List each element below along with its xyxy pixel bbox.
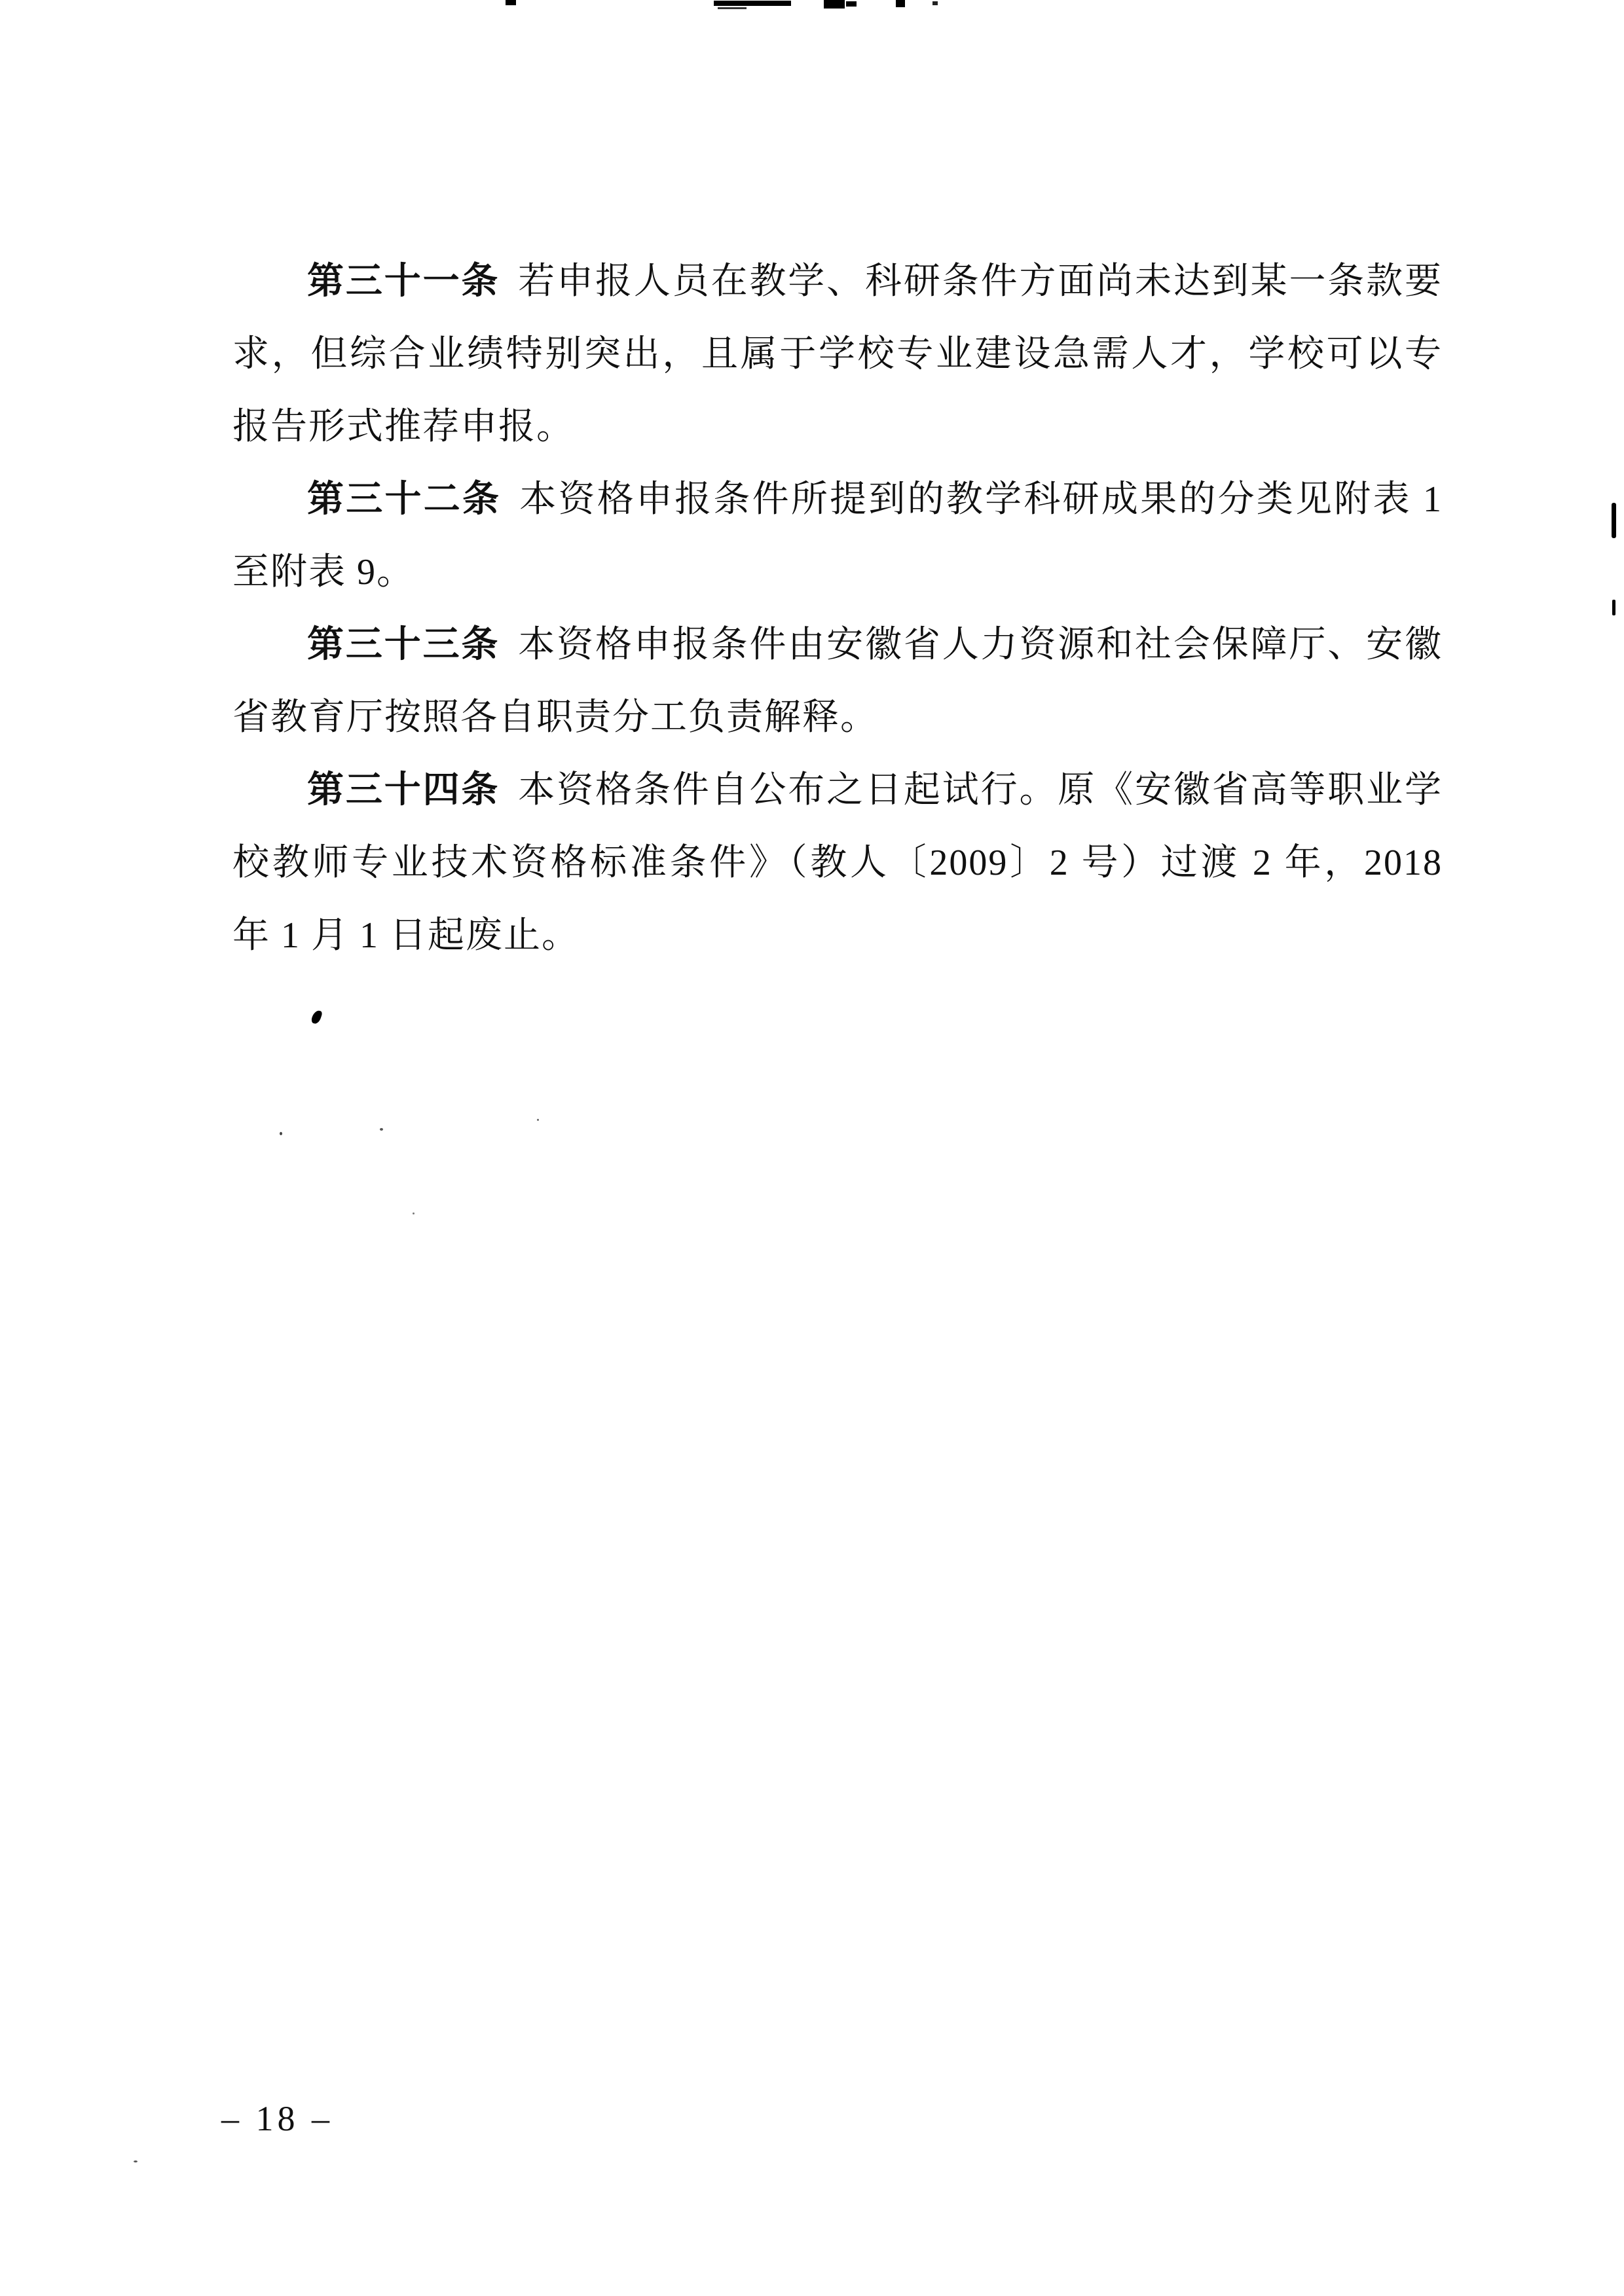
article-number: 第三十三条 xyxy=(307,625,500,665)
text-line: 第三十三条本资格申报条件由安徽省人力资源和社会保障厅、安徽 xyxy=(232,609,1443,682)
text-run: 本资格申报条件由安徽省人力资源和社会保障厅、安徽 xyxy=(518,625,1443,665)
text-line: 求，但综合业绩特别突出，且属于学校专业建设急需人才，学校可以专题 xyxy=(232,318,1443,391)
text-line: 至附表 9。 xyxy=(232,536,1443,609)
scan-artifact xyxy=(280,1132,282,1135)
document-body: 第三十一条若申报人员在教学、科研条件方面尚未达到某一条款要 求，但综合业绩特别突… xyxy=(232,246,1443,972)
text-line: 第三十四条本资格条件自公布之日起试行。原《安徽省高等职业学 xyxy=(232,754,1443,827)
scan-artifact xyxy=(1612,600,1615,615)
text-run: 至附表 9。 xyxy=(232,552,415,592)
scan-artifact xyxy=(714,1,791,6)
text-line: 报告形式推荐申报。 xyxy=(232,391,1443,464)
scan-artifact xyxy=(846,1,857,7)
scan-artifact xyxy=(932,1,938,5)
scan-artifact xyxy=(718,7,747,9)
text-line: 省教育厅按照各自职责分工负责解释。 xyxy=(232,682,1443,754)
text-run: 求，但综合业绩特别突出，且属于学校专业建设急需人才，学校可以专题 xyxy=(232,334,1443,391)
text-run: 报告形式推荐申报。 xyxy=(232,407,574,447)
text-line: 第三十二条本资格申报条件所提到的教学科研成果的分类见附表 1 xyxy=(232,464,1443,536)
scan-artifact xyxy=(896,0,905,7)
scan-artifact xyxy=(537,1119,539,1121)
article-number: 第三十一条 xyxy=(307,261,500,302)
text-line: 第三十一条若申报人员在教学、科研条件方面尚未达到某一条款要 xyxy=(232,246,1443,318)
article-number: 第三十二条 xyxy=(307,479,501,520)
text-run: 年 1 月 1 日起废止。 xyxy=(232,915,580,956)
scan-artifact xyxy=(380,1128,383,1131)
page-number: – 18 – xyxy=(221,2092,333,2145)
text-run: 若申报人员在教学、科研条件方面尚未达到某一条款要 xyxy=(518,261,1443,302)
text-line: 校教师专业技术资格标准条件》（教人〔2009〕2 号）过渡 2 年，2018 xyxy=(232,827,1443,900)
article-number: 第三十四条 xyxy=(307,770,500,811)
scan-artifact xyxy=(506,0,516,5)
scanned-document-page: 第三十一条若申报人员在教学、科研条件方面尚未达到某一条款要 求，但综合业绩特别突… xyxy=(0,0,1624,2296)
scan-artifact xyxy=(134,2160,138,2162)
scan-artifact xyxy=(824,0,845,9)
scan-artifact xyxy=(413,1212,415,1214)
text-run: 校教师专业技术资格标准条件》（教人〔2009〕2 号）过渡 2 年，2018 xyxy=(232,843,1443,883)
text-run: 本资格条件自公布之日起试行。原《安徽省高等职业学 xyxy=(518,770,1443,811)
text-run: 省教育厅按照各自职责分工负责解释。 xyxy=(232,697,878,738)
scan-artifact xyxy=(310,1010,323,1025)
scan-artifact xyxy=(1612,503,1616,538)
text-line: 年 1 月 1 日起废止。 xyxy=(232,900,1443,972)
text-run: 本资格申报条件所提到的教学科研成果的分类见附表 1 xyxy=(519,479,1443,520)
